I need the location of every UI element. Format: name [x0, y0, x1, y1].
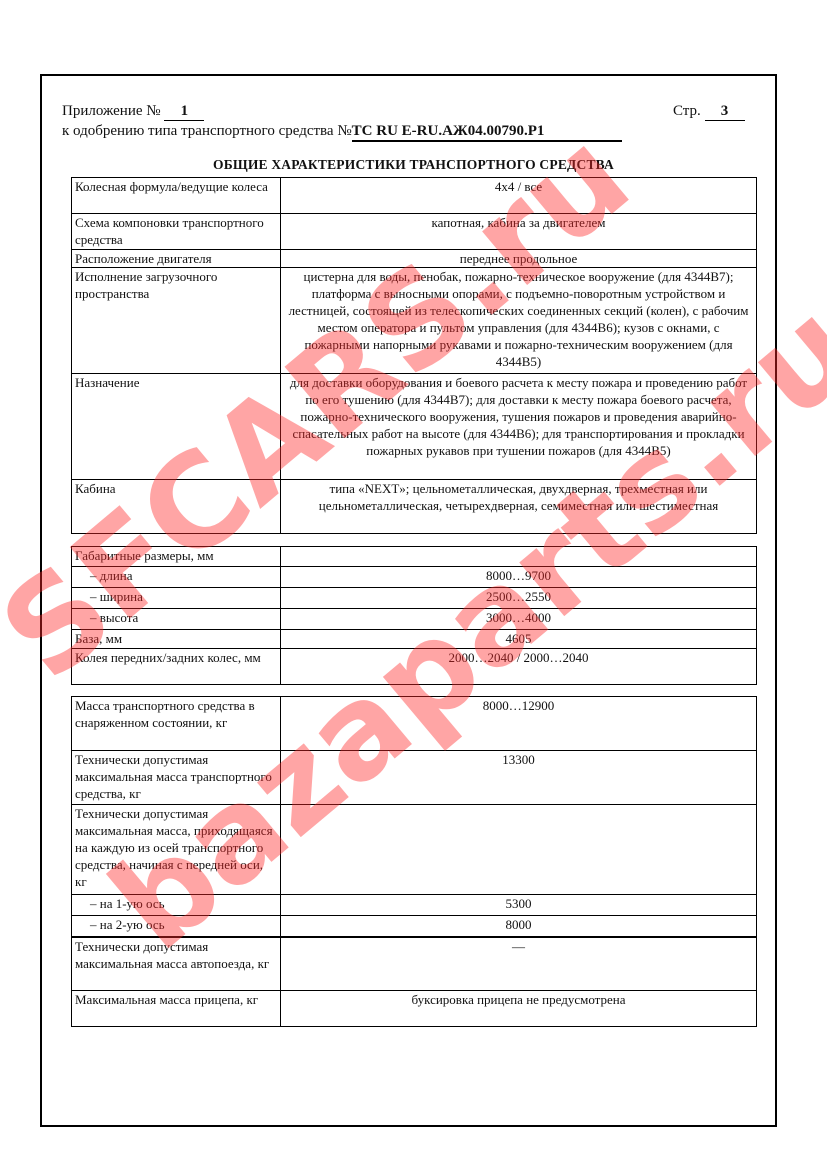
row-key: Технически допустимая максимальная масса… [72, 805, 281, 895]
row-key: Технически допустимая максимальная масса… [72, 751, 281, 805]
appendix-line: Приложение № 1 [62, 102, 204, 121]
row-key: Расположение двигателя [72, 250, 281, 268]
row-value: 2000…2040 / 2000…2040 [281, 649, 757, 685]
table-row: Максимальная масса прицепа, кгбуксировка… [72, 991, 757, 1027]
row-value [281, 805, 757, 895]
masses-table: Масса транспортного средства в снаряженн… [71, 696, 757, 1027]
table-row: Расположение двигателяпереднее продольно… [72, 250, 757, 268]
row-key: Назначение [72, 374, 281, 480]
row-key: – длина [72, 567, 281, 588]
table-row: База, мм4605 [72, 630, 757, 649]
table-row: – высота3000…4000 [72, 609, 757, 630]
general-characteristics-table: Колесная формула/ведущие колеса4x4 / все… [71, 177, 757, 534]
row-value: 8000…12900 [281, 697, 757, 751]
row-value: цистерна для воды, пенобак, пожарно-техн… [281, 268, 757, 374]
row-key: – ширина [72, 588, 281, 609]
approval-label: к одобрению типа транспортного средства … [62, 123, 352, 139]
page-number-line: Стр. 3 [673, 102, 745, 121]
row-value: капотная, кабина за двигателем [281, 214, 757, 250]
row-key: Колея передних/задних колес, мм [72, 649, 281, 685]
table-row: Исполнение загрузочного пространствацист… [72, 268, 757, 374]
table-row: Схема компоновки транспортного средствак… [72, 214, 757, 250]
table-row: Колесная формула/ведущие колеса4x4 / все [72, 178, 757, 214]
row-value: — [281, 937, 757, 991]
table-row: Кабинатипа «NEXT»; цельнометаллическая, … [72, 480, 757, 534]
table-row: Габаритные размеры, мм [72, 547, 757, 567]
row-value: 3000…4000 [281, 609, 757, 630]
row-value: 4605 [281, 630, 757, 649]
table-row: Технически допустимая максимальная масса… [72, 937, 757, 991]
row-key: – на 2-ую ось [72, 916, 281, 937]
row-value: переднее продольное [281, 250, 757, 268]
row-key: Колесная формула/ведущие колеса [72, 178, 281, 214]
table-row: Технически допустимая максимальная масса… [72, 751, 757, 805]
approval-number: ТС RU E-RU.АЖ04.00790.Р1 [352, 122, 622, 142]
row-value: типа «NEXT»; цельнометаллическая, двухдв… [281, 480, 757, 534]
row-value: для доставки оборудования и боевого расч… [281, 374, 757, 480]
dimensions-table: Габаритные размеры, мм – длина8000…9700 … [71, 546, 757, 685]
row-key: Максимальная масса прицепа, кг [72, 991, 281, 1027]
approval-line: к одобрению типа транспортного средства … [62, 122, 622, 142]
row-value: 13300 [281, 751, 757, 805]
page-number: 3 [705, 102, 745, 121]
row-key: Кабина [72, 480, 281, 534]
row-value: 8000…9700 [281, 567, 757, 588]
row-value: 5300 [281, 895, 757, 916]
row-key: База, мм [72, 630, 281, 649]
appendix-label: Приложение № [62, 103, 161, 119]
row-key: Исполнение загрузочного пространства [72, 268, 281, 374]
row-value: 2500…2550 [281, 588, 757, 609]
page-title: ОБЩИЕ ХАРАКТЕРИСТИКИ ТРАНСПОРТНОГО СРЕДС… [0, 157, 827, 173]
row-key: – высота [72, 609, 281, 630]
row-value: 8000 [281, 916, 757, 937]
row-key: Масса транспортного средства в снаряженн… [72, 697, 281, 751]
row-key: Габаритные размеры, мм [72, 547, 281, 567]
appendix-number: 1 [164, 102, 204, 121]
row-value [281, 547, 757, 567]
table-row: Колея передних/задних колес, мм2000…2040… [72, 649, 757, 685]
row-value: буксировка прицепа не предусмотрена [281, 991, 757, 1027]
row-value: 4x4 / все [281, 178, 757, 214]
row-key: – на 1-ую ось [72, 895, 281, 916]
table-row: – на 1-ую ось5300 [72, 895, 757, 916]
page-label: Стр. [673, 103, 701, 119]
table-row: – ширина2500…2550 [72, 588, 757, 609]
table-row: – длина8000…9700 [72, 567, 757, 588]
row-key: Схема компоновки транспортного средства [72, 214, 281, 250]
table-row: – на 2-ую ось8000 [72, 916, 757, 937]
row-key: Технически допустимая максимальная масса… [72, 937, 281, 991]
table-row: Технически допустимая максимальная масса… [72, 805, 757, 895]
table-row: Масса транспортного средства в снаряженн… [72, 697, 757, 751]
table-row: Назначениедля доставки оборудования и бо… [72, 374, 757, 480]
